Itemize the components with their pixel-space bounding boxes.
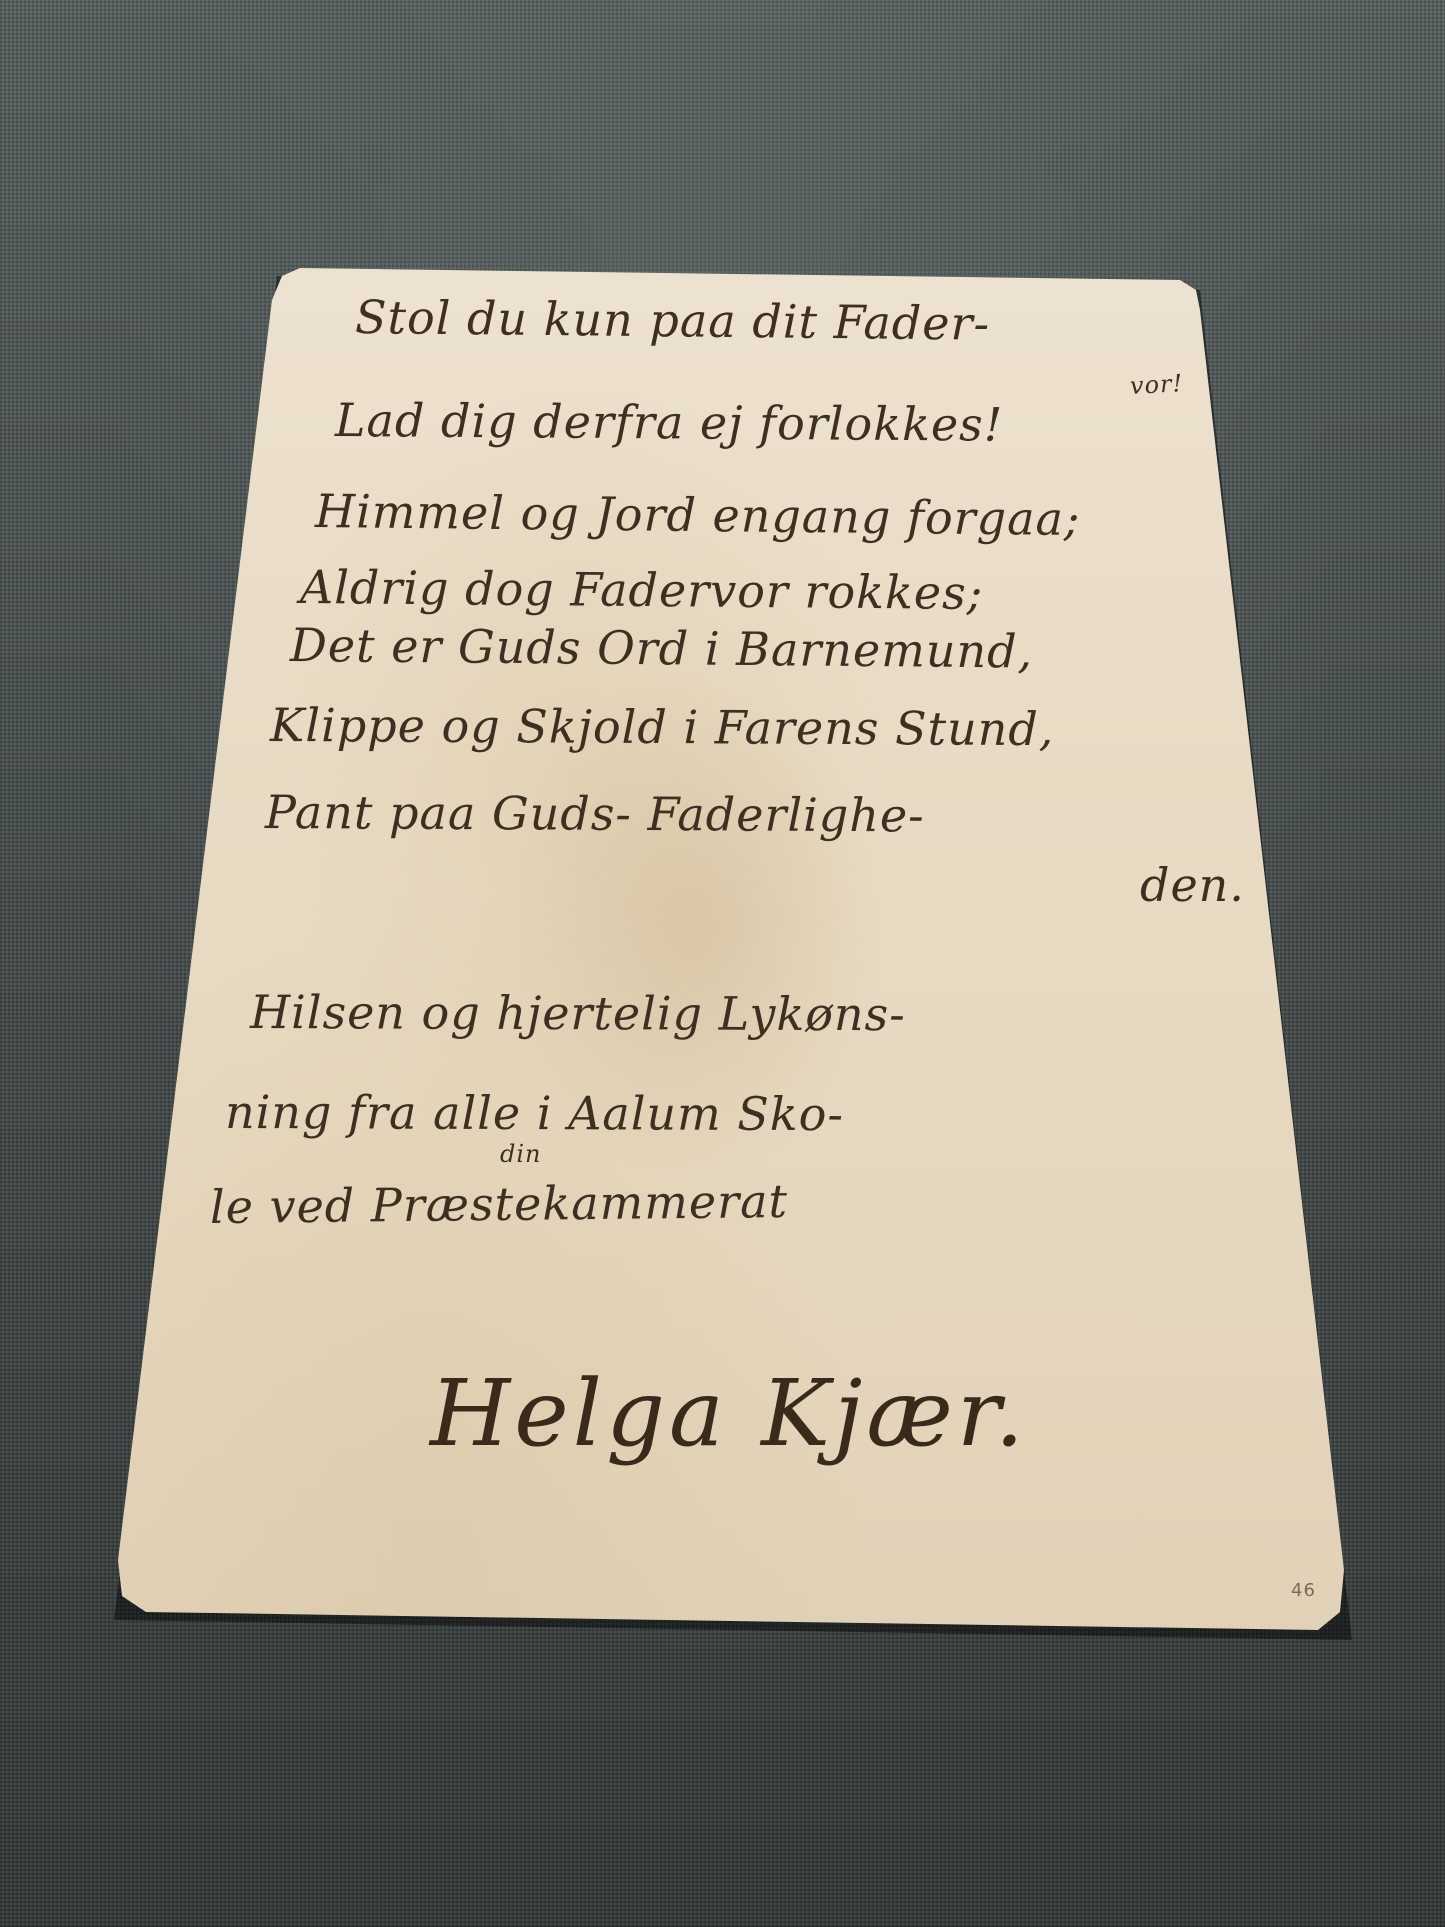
greeting-line-3: le ved Præstekammerat [210, 1174, 789, 1234]
verse-line-1: Stol du kun paa dit Fader- [355, 290, 991, 351]
greeting-line-2: ning fra alle i Aalum Sko- [225, 1085, 844, 1141]
verse-line-6: Klippe og Skjold i Farens Stund, [270, 698, 1055, 756]
greeting-insertion-din: din [500, 1140, 542, 1168]
verse-line-3: Himmel og Jord engang forgaa; [315, 484, 1081, 546]
greeting-line-1: Hilsen og hjertelig Lykøns- [250, 985, 906, 1041]
signature: Helga Kjær. [430, 1360, 1028, 1467]
corner-pencil-mark: 46 [1291, 1580, 1316, 1601]
verse-line-4: Aldrig dog Fadervor rokkes; [300, 560, 984, 620]
verse-line-2: Lad dig derfra ej forlokkes! [335, 393, 1004, 452]
verse-line-5: Det er Guds Ord i Barnemund, [290, 618, 1034, 678]
verse-insertion-vor: vor! [1129, 369, 1184, 400]
verse-line-8: den. [1140, 858, 1245, 912]
verse-line-7: Pant paa Guds- Faderlighe- [265, 785, 925, 842]
